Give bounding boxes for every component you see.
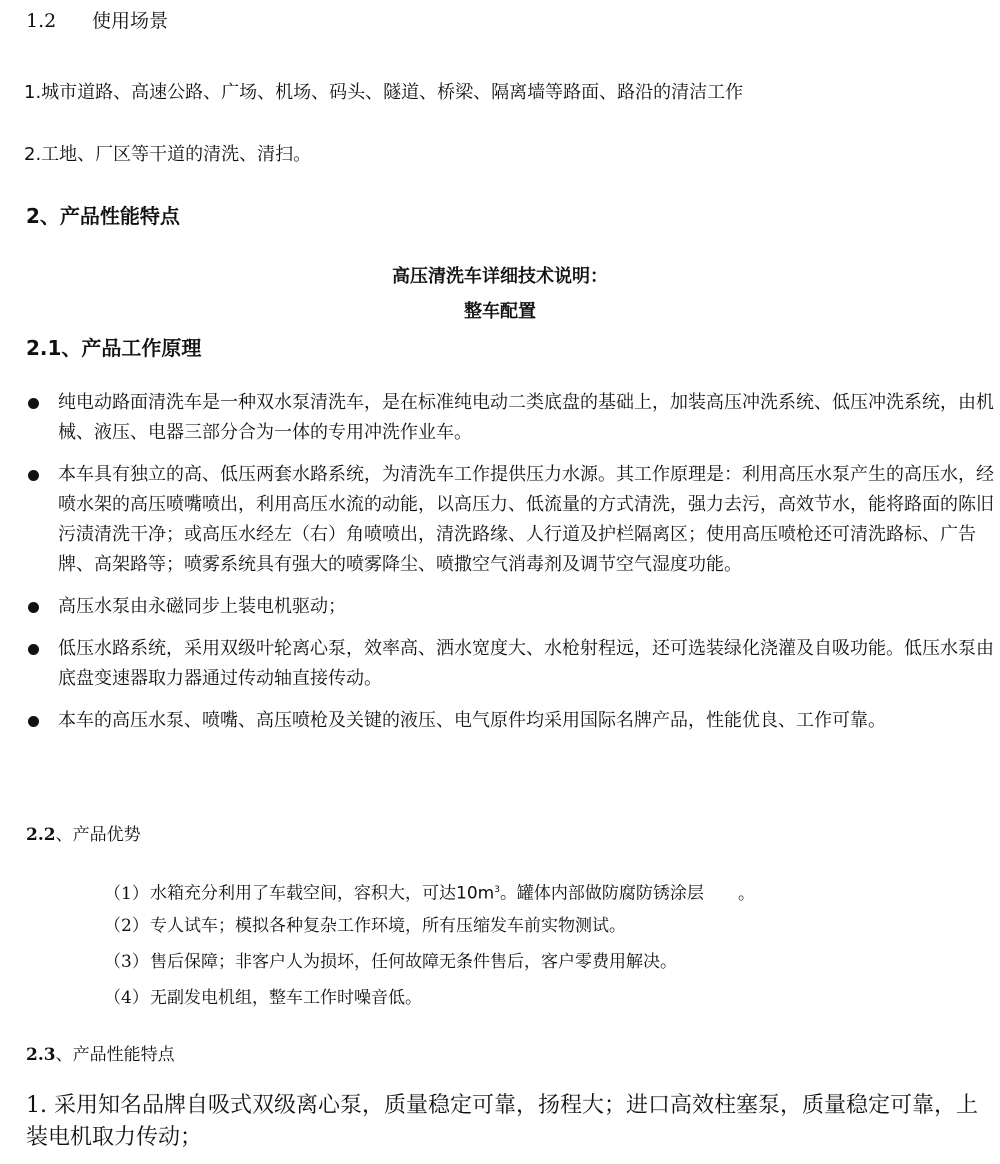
section-title: 、产品优势 [56,825,141,845]
section-title: 、产品性能特点 [56,1045,175,1065]
item-number: （4） [104,984,150,1012]
item-tail: 。 [738,880,755,908]
section-2-3-heading: 2.3、产品性能特点 [26,1040,175,1065]
item-number: （1） [104,880,150,908]
section-number: 2.2 [26,825,56,845]
list-item: （3）售后保障；非客户人为损坏，任何故障无条件售后，客户零费用解决。 [104,948,755,984]
item-text: 水箱充分利用了车载空间，容积大，可达10m [150,884,494,904]
list-item: （4）无副发电机组，整车工作时噪音低。 [104,984,755,1020]
section-2-heading: 2、产品性能特点 [26,200,180,229]
bullet-icon [28,398,39,409]
doc-subtitle: 整车配置 [0,297,1000,323]
bullet-text: 本车的高压水泵、喷嘴、高压喷枪及关键的液压、电气原件均采用国际名牌产品，性能优良… [58,710,886,731]
list-item: 高压水泵由永磁同步上装电机驱动； [26,592,996,622]
bullet-icon [28,716,39,727]
item-text: 售后保障；非客户人为损坏，任何故障无条件售后，客户零费用解决。 [150,952,677,972]
usage-scene-item-1: 1.城市道路、高速公路、广场、机场、码头、隧道、桥梁、隔离墙等路面、路沿的清洁工… [24,78,743,104]
item-number: （3） [104,948,150,976]
section-number: 2.3 [26,1045,56,1065]
list-item: （2）专人试车；模拟各种复杂工作环境，所有压缩发车前实物测试。 [104,912,755,948]
section-1-2-heading: 1.2使用场景 [26,6,168,33]
bullet-icon [28,602,39,613]
item-text: 专人试车；模拟各种复杂工作环境，所有压缩发车前实物测试。 [150,916,626,936]
bullet-text: 低压水路系统，采用双级叶轮离心泵，效率高、洒水宽度大、水枪射程远，还可选装绿化浇… [58,638,994,689]
list-item: 纯电动路面清洗车是一种双水泵清洗车，是在标准纯电动二类底盘的基础上，加装高压冲洗… [26,388,996,448]
item-text-cont: 。罐体内部做防腐防锈涂层 [500,884,704,904]
bullet-text: 本车具有独立的高、低压两套水路系统，为清洗车工作提供压力水源。其工作原理是：利用… [58,464,994,575]
bullet-text: 高压水泵由永磁同步上装电机驱动； [58,596,346,617]
section-title: 使用场景 [92,10,168,32]
list-item: 本车具有独立的高、低压两套水路系统，为清洗车工作提供压力水源。其工作原理是：利用… [26,460,996,580]
working-principle-list: 纯电动路面清洗车是一种双水泵清洗车，是在标准纯电动二类底盘的基础上，加装高压冲洗… [26,388,996,748]
list-item: 低压水路系统，采用双级叶轮离心泵，效率高、洒水宽度大、水枪射程远，还可选装绿化浇… [26,634,996,694]
usage-scene-item-2: 2.工地、厂区等干道的清洗、清扫。 [24,140,311,166]
list-item: （1）水箱充分利用了车载空间，容积大，可达10m3。罐体内部做防腐防锈涂层。 [104,876,755,912]
section-2-1-heading: 2.1、产品工作原理 [26,332,201,361]
item-number: （2） [104,912,150,940]
bullet-icon [28,644,39,655]
section-2-2-heading: 2.2、产品优势 [26,820,141,845]
section-number: 1.2 [26,10,92,32]
advantages-list: （1）水箱充分利用了车载空间，容积大，可达10m3。罐体内部做防腐防锈涂层。 （… [104,876,755,1020]
feature-item-1: 1. 采用知名品牌自吸式双级离心泵，质量稳定可靠，扬程大；进口高效柱塞泵，质量稳… [26,1090,986,1154]
item-text: 无副发电机组，整车工作时噪音低。 [150,988,422,1008]
list-item: 本车的高压水泵、喷嘴、高压喷枪及关键的液压、电气原件均采用国际名牌产品，性能优良… [26,706,996,736]
bullet-icon [28,470,39,481]
doc-title: 高压清洗车详细技术说明： [0,262,1000,288]
bullet-text: 纯电动路面清洗车是一种双水泵清洗车，是在标准纯电动二类底盘的基础上，加装高压冲洗… [58,392,994,443]
